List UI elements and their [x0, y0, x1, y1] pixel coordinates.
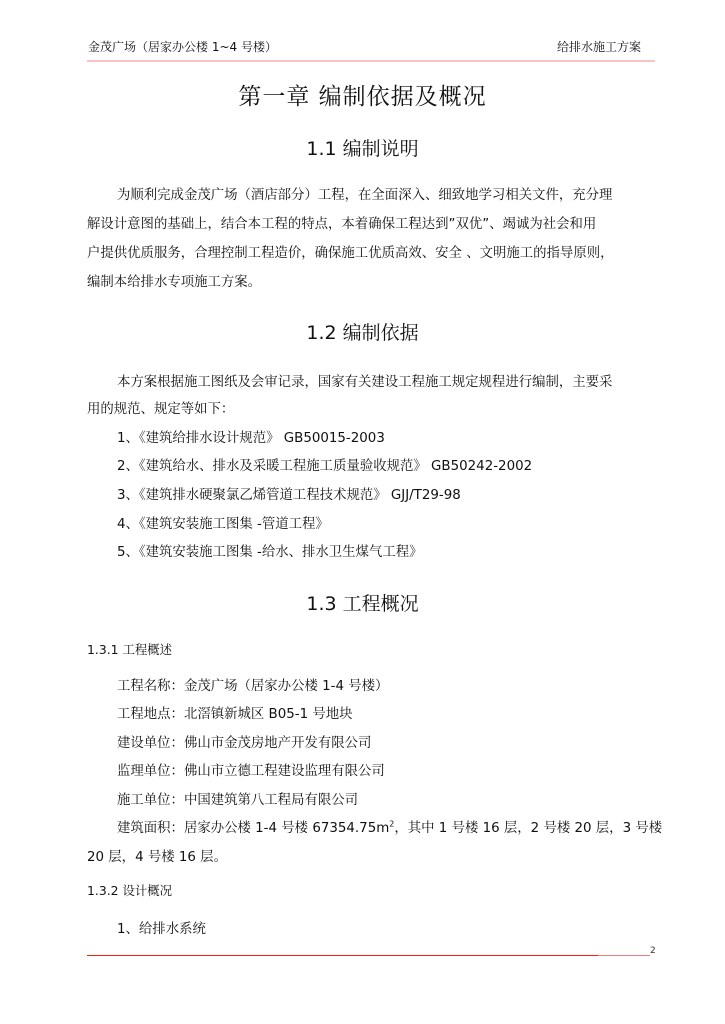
project-fact: 工程名称：金茂广场（居家办公楼 1-4 号楼）: [117, 675, 388, 694]
standard-list-item: 5、《建筑安装施工图集 -给水、排水卫生煤气工程》: [117, 541, 423, 560]
paragraph-line: 用的规范、规定等如下：: [87, 398, 234, 417]
standard-list-item: 4、《建筑安装施工图集 -管道工程》: [117, 513, 329, 532]
standard-list-item: 2、《建筑给水、排水及采暖工程施工质量验收规范》 GB50242-2002: [117, 455, 532, 474]
section-title-1-3: 1.3 工程概况: [0, 589, 725, 616]
paragraph-line: 解设计意图的基础上，结合本工程的特点，本着确保工程达到”双优”、竭诚为社会和用: [87, 213, 596, 232]
footer-divider-fade: [598, 955, 650, 956]
paragraph-line: 户提供优质服务，合理控制工程造价，确保施工优质高效、安全 、文明施工的指导原则，: [87, 242, 614, 261]
footer-divider: [87, 955, 650, 956]
page-number: 2: [650, 946, 656, 956]
building-area-line: 建筑面积：居家办公楼 1-4 号楼 67354.75m2，其中 1 号楼 16 …: [117, 817, 662, 836]
building-area-text: 建筑面积：居家办公楼 1-4 号楼 67354.75m: [117, 821, 389, 836]
section-title-1-1: 1.1 编制说明: [0, 134, 725, 161]
chapter-title: 第一章 编制依据及概况: [0, 78, 725, 111]
project-fact: 建设单位：佛山市金茂房地产开发有限公司: [117, 732, 371, 751]
paragraph-line: 编制本给排水专项施工方案。: [87, 271, 261, 290]
header-divider: [87, 60, 655, 62]
project-fact: 监理单位：佛山市立德工程建设监理有限公司: [117, 760, 385, 779]
subsection-title-1-3-1: 1.3.1 工程概述: [87, 640, 172, 658]
building-floors-text: ，其中 1 号楼 16 层，2 号楼 20 层，3 号楼: [394, 821, 662, 836]
paragraph-line: 本方案根据施工图纸及会审记录，国家有关建设工程施工规定规程进行编制，主要采: [117, 371, 612, 390]
building-area-line-2: 20 层，4 号楼 16 层。: [87, 846, 227, 865]
design-item: 1、给排水系统: [117, 918, 206, 937]
paragraph-line: 为顺利完成金茂广场（酒店部分）工程，在全面深入、细致地学习相关文件，充分理: [117, 184, 612, 203]
standard-list-item: 3、《建筑排水硬聚氯乙烯管道工程技术规范》 GJJ/T29-98: [117, 484, 461, 503]
section-title-1-2: 1.2 编制依据: [0, 318, 725, 345]
subsection-title-1-3-2: 1.3.2 设计概况: [87, 881, 172, 899]
standard-list-item: 1、《建筑给排水设计规范》 GB50015-2003: [117, 427, 385, 446]
project-fact: 工程地点：北滘镇新城区 B05-1 号地块: [117, 703, 353, 722]
header-document-title: 给排水施工方案: [557, 38, 641, 55]
header-project-name: 金茂广场（居家办公楼 1~4 号楼）: [88, 38, 277, 55]
project-fact: 施工单位：中国建筑第八工程局有限公司: [117, 789, 358, 808]
